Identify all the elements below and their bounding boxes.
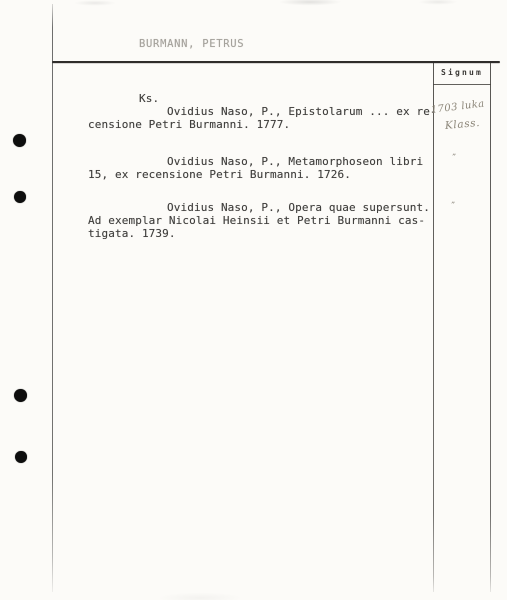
author-heading: BURMANN, PETRUS [139, 38, 244, 50]
hole-punch-dot [15, 451, 27, 463]
ditto-mark: ″ [452, 153, 457, 164]
signum-column-left-border [433, 63, 434, 592]
hole-punch-dot [14, 389, 27, 402]
left-margin-rule [52, 4, 54, 592]
entry-3-line-1: Ovidius Naso, P., Opera quae supersunt. [167, 202, 430, 214]
entry-1-line-2: Ovidius Naso, P., Epistolarum ... ex re- [167, 106, 437, 118]
signum-column-right-border [490, 63, 491, 592]
entry-1-line-1: Ks. [139, 93, 159, 105]
entry-1-line-3: censione Petri Burmanni. 1777. [88, 119, 290, 131]
ditto-mark: ″ [451, 201, 456, 212]
catalog-card-page: BURMANN, PETRUS Signum Ks. Ovidius Naso,… [0, 0, 507, 600]
handwritten-signum-note-line-1: 1703 luka [430, 98, 485, 115]
entry-3-line-2: Ad exemplar Nicolai Heinsii et Petri Bur… [88, 215, 425, 227]
entry-2-line-1: Ovidius Naso, P., Metamorphoseon libri [167, 156, 423, 168]
hole-punch-dot [14, 191, 26, 203]
signum-column-header: Signum [434, 68, 490, 77]
entry-2-line-2: 15, ex recensione Petri Burmanni. 1726. [88, 169, 351, 181]
entry-3-line-3: tigata. 1739. [88, 228, 176, 240]
signum-header-underline [433, 84, 491, 85]
hole-punch-dot [13, 134, 26, 147]
handwritten-signum-note-line-2: Klass. [444, 117, 480, 132]
